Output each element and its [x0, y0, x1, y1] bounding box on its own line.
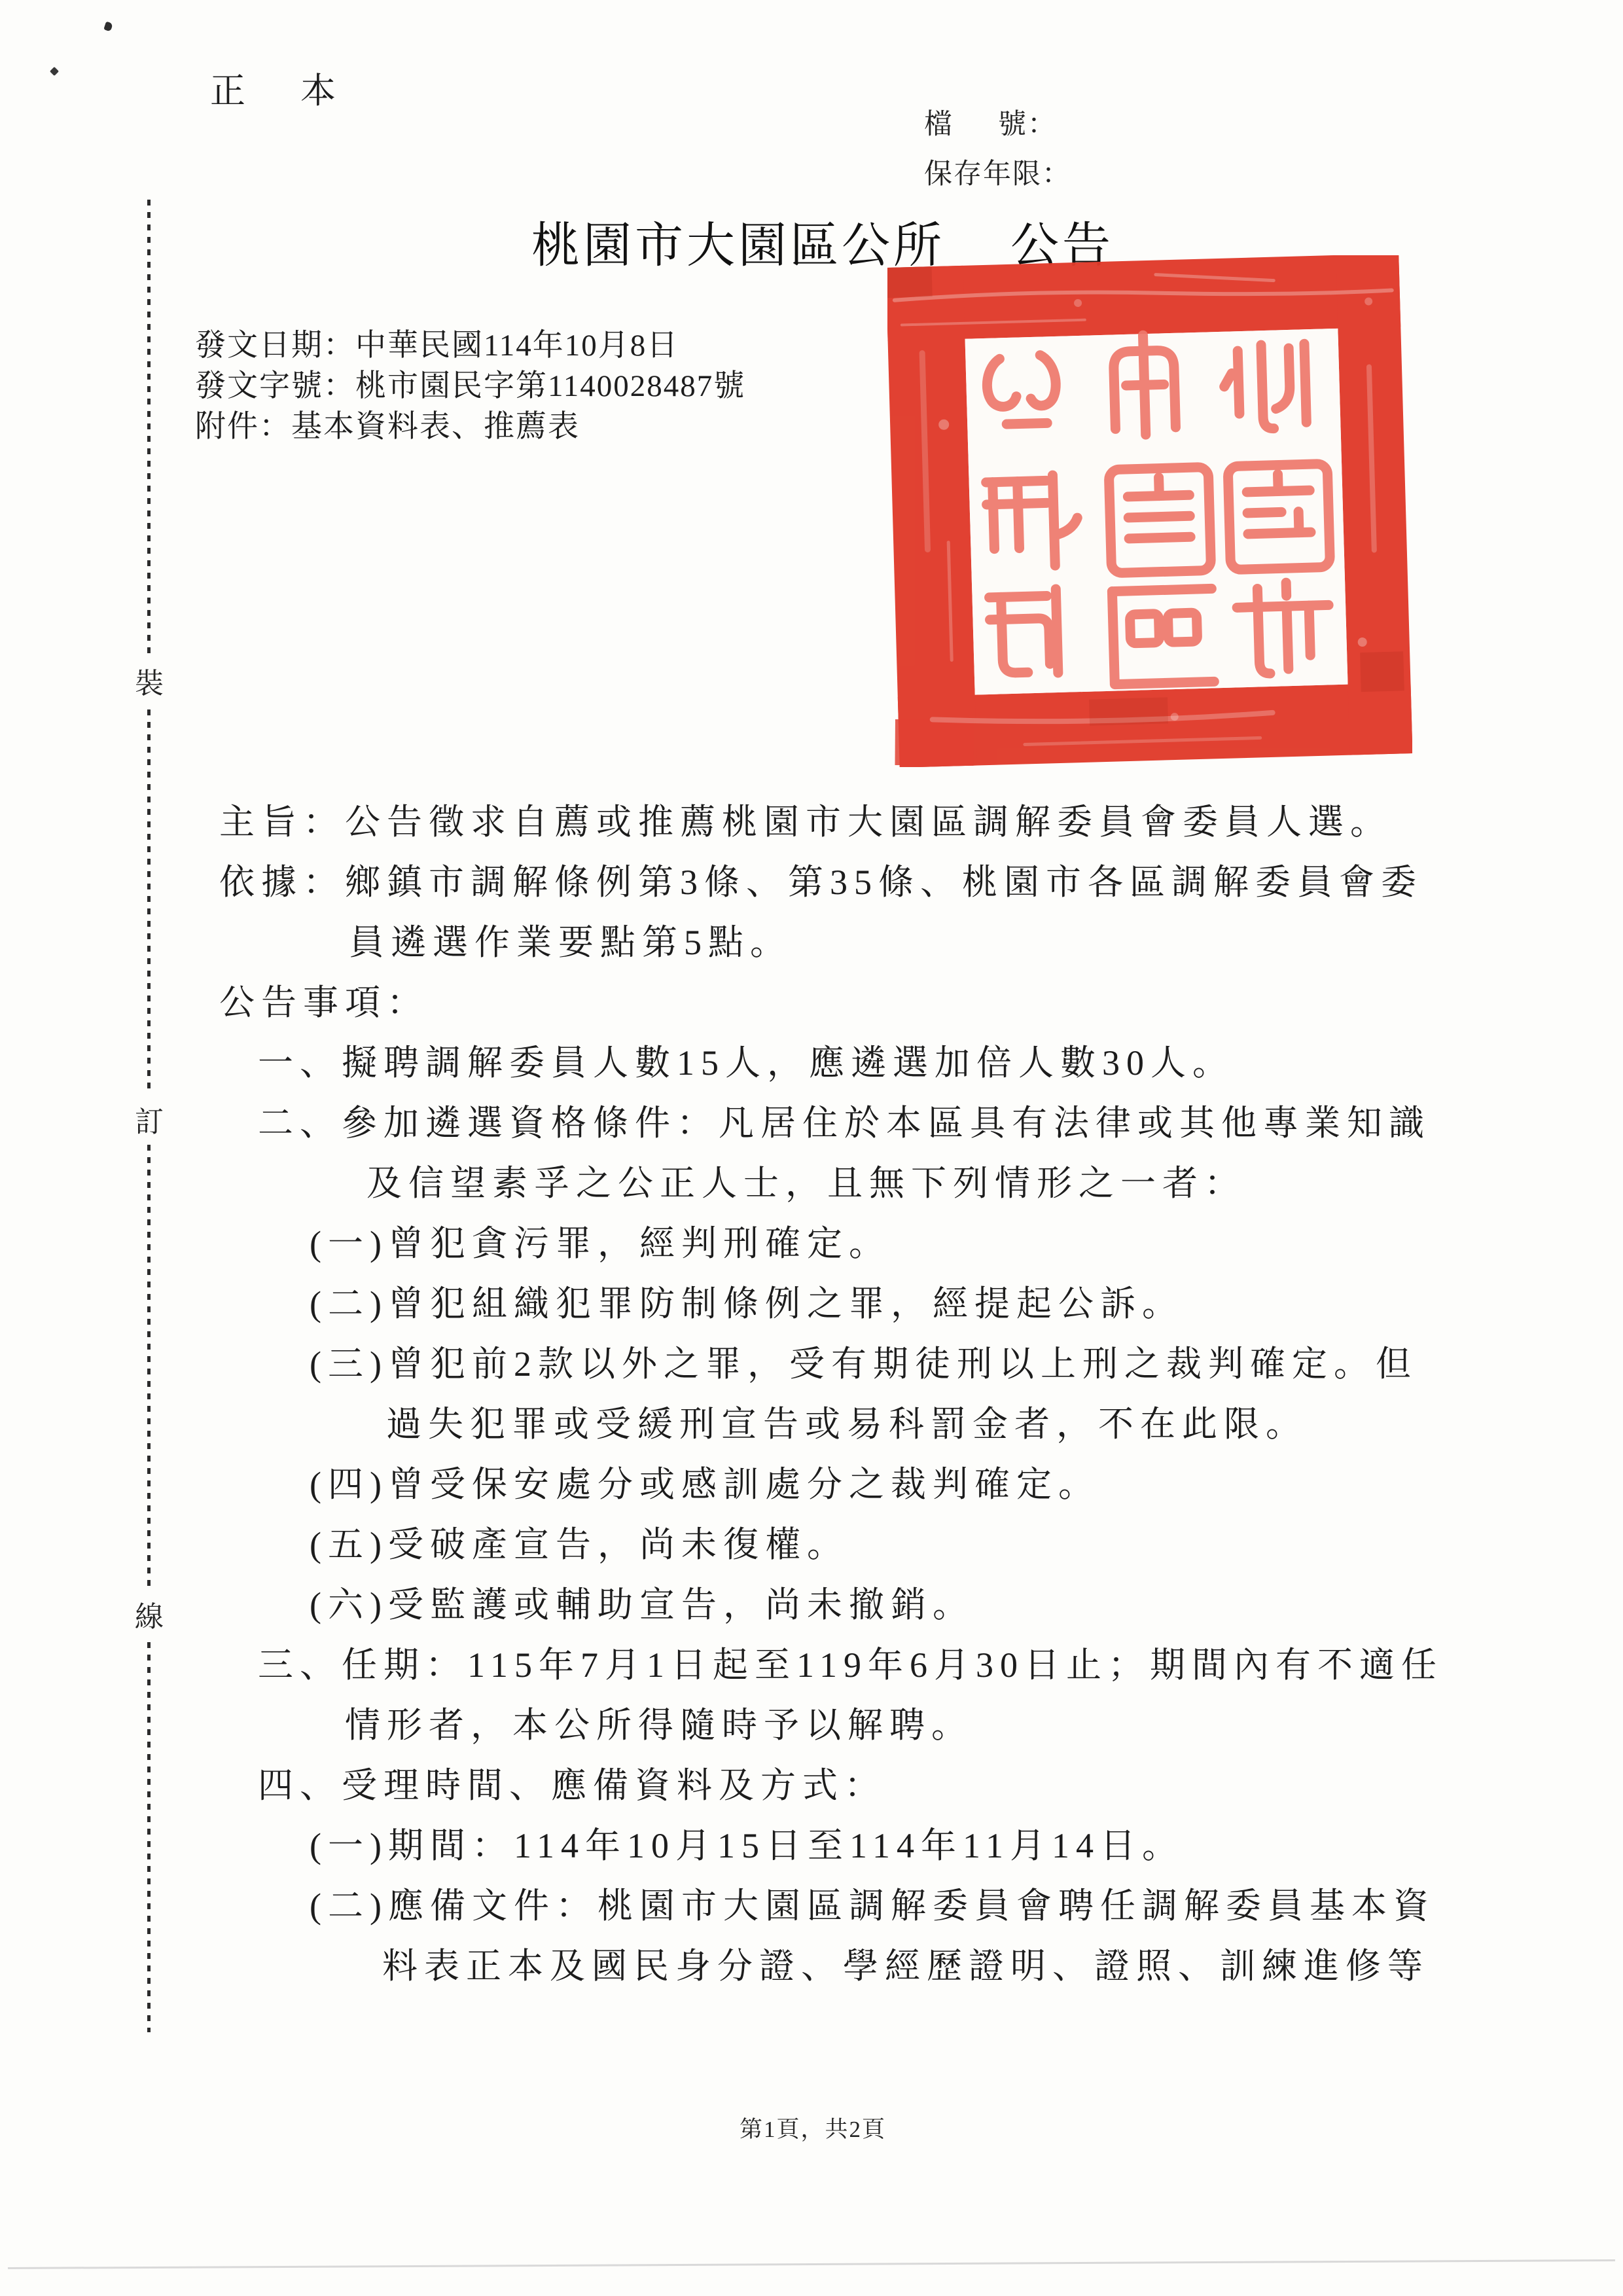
attachment-line: 附件：基本資料表、推薦表 — [195, 402, 580, 446]
binding-mark-zhuang: 裝 — [133, 656, 166, 706]
body-line: 情形者，本公所得隨時予以解聘。 — [345, 1704, 973, 1746]
body-line: 一、擬聘調解委員人數15人，應遴選加倍人數30人。 — [258, 1042, 1234, 1084]
body-line: (三)曾犯前2款以外之罪，受有期徒刑以上刑之裁判確定。但 — [310, 1343, 1418, 1385]
retention-period-label: 保存年限： — [924, 159, 1071, 190]
title-office-name: 桃園市大園區公所 — [531, 219, 945, 273]
body-line: 主旨：公告徵求自薦或推薦桃園市大園區調解委員會委員人選。 — [219, 801, 1392, 843]
official-seal: 桃園市大園區公所印 — [887, 255, 1412, 767]
binding-mark-ding: 訂 — [133, 1094, 166, 1144]
body-line: (五)受破產宣告，尚未復權。 — [310, 1524, 849, 1566]
body-line: 員遴選作業要點第5點。 — [349, 922, 792, 963]
retention-period-row: 保存年限： — [924, 152, 1071, 192]
issue-date-line: 發文日期：中華民國114年10月8日 — [195, 321, 679, 365]
body-line: 過失犯罪或受緩刑宣告或易科罰金者，不在此限。 — [386, 1403, 1308, 1445]
scan-fold-line — [8, 2259, 1615, 2269]
scan-speck — [103, 22, 113, 32]
page-number-footer: 第1頁，共2頁 — [740, 2111, 886, 2144]
body-line: 四、受理時間、應備資料及方式： — [258, 1765, 886, 1806]
file-number-label-right: 號： — [998, 109, 1057, 140]
official-seal-graphic — [887, 255, 1412, 767]
copy-type-label: 正本 — [210, 63, 391, 113]
body-line: (一)曾犯貪污罪，經判刑確定。 — [310, 1223, 891, 1265]
scanned-announcement-page: 正本 檔號： 保存年限： 桃園市大園區公所公告 發文日期：中華民國114年10月… — [0, 0, 1623, 2296]
body-line: 二、參加遴選資格條件：凡居住於本區具有法律或其他專業知識 — [258, 1102, 1431, 1144]
body-line: (二)曾犯組織犯罪防制條例之罪，經提起公訴。 — [310, 1283, 1184, 1325]
body-line: 及信望素孚之公正人士，且無下列情形之一者： — [366, 1162, 1246, 1204]
body-line: (一)期間：114年10月15日至114年11月14日。 — [310, 1825, 1184, 1867]
scan-speck — [50, 67, 59, 76]
binding-mark-xian: 線 — [133, 1589, 166, 1639]
file-number-label-left: 檔 — [924, 109, 954, 140]
body-line: 料表正本及國民身分證、學經歷證明、證照、訓練進修等 — [382, 1945, 1429, 1987]
body-line: 公告事項： — [219, 982, 429, 1024]
body-line: 依據：鄉鎮市調解條例第3條、第35條、桃園市各區調解委員會委 — [219, 861, 1423, 903]
body-line: (二)應備文件：桃園市大園區調解委員會聘任調解委員基本資 — [310, 1885, 1435, 1927]
file-number-row: 檔號： — [924, 102, 1057, 142]
body-line: (六)受監護或輔助宣告，尚未撤銷。 — [310, 1584, 974, 1626]
doc-number-line: 發文字號：桃市園民字第1140028487號 — [195, 361, 745, 405]
body-line: (四)曾受保安處分或感訓處分之裁判確定。 — [310, 1463, 1100, 1505]
body-line: 三、任期：115年7月1日起至119年6月30日止；期間內有不適任 — [258, 1644, 1443, 1686]
